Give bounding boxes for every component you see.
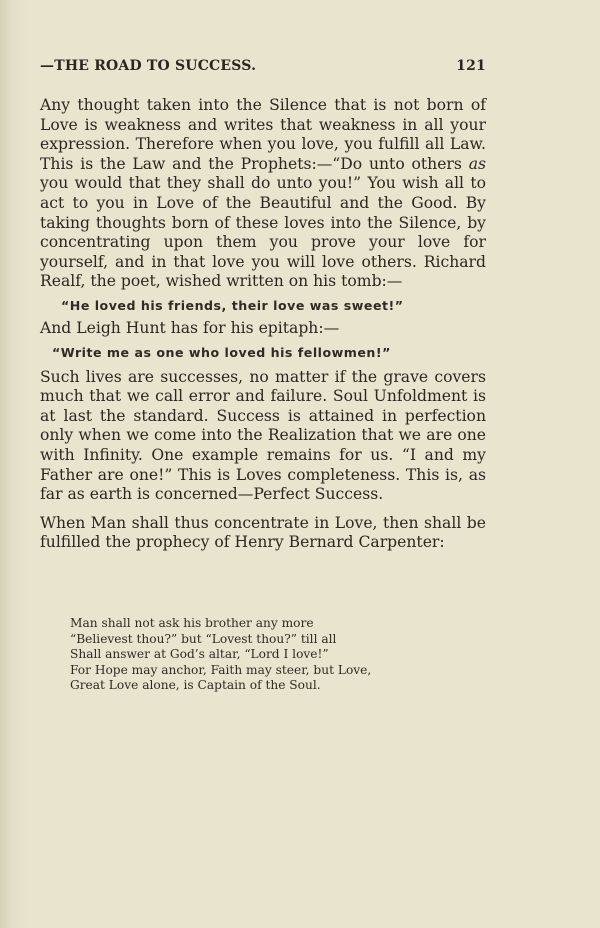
paragraph-love-law: Any thought taken into the Silence that … [40, 96, 486, 292]
book-page: —THE ROAD TO SUCCESS. 121 Any thought ta… [0, 0, 600, 928]
epitaph-quote-realf: “He loved his friends, their love was sw… [40, 297, 486, 315]
page-number: 121 [456, 58, 486, 74]
epitaph-quote-hunt: “Write me as one who loved his fellowmen… [40, 344, 486, 362]
running-title: —THE ROAD TO SUCCESS. [40, 58, 256, 74]
paragraph-leigh-hunt: And Leigh Hunt has for his epitaph:— [40, 319, 486, 339]
paragraph-prophecy: When Man shall thus concentrate in Love,… [40, 514, 486, 553]
poem-line: For Hope may anchor, Faith may steer, bu… [70, 663, 371, 679]
body-text: Any thought taken into the Silence that … [40, 96, 486, 553]
poem-line: “Believest thou?” but “Lovest thou?” til… [70, 632, 371, 648]
poem-line: Great Love alone, is Captain of the Soul… [70, 678, 371, 694]
italic-emphasis: as [469, 155, 486, 173]
running-header: —THE ROAD TO SUCCESS. 121 [40, 58, 486, 74]
poem-line: Shall answer at God’s altar, “Lord I lov… [70, 647, 371, 663]
paragraph-successes: Such lives are successes, no matter if t… [40, 368, 486, 505]
poem-line: Man shall not ask his brother any more [70, 616, 371, 632]
paragraph-text: Any thought taken into the Silence that … [40, 96, 486, 173]
poem-block: Man shall not ask his brother any more “… [70, 616, 371, 694]
paragraph-text: you would that they shall do unto you!” … [40, 174, 486, 290]
